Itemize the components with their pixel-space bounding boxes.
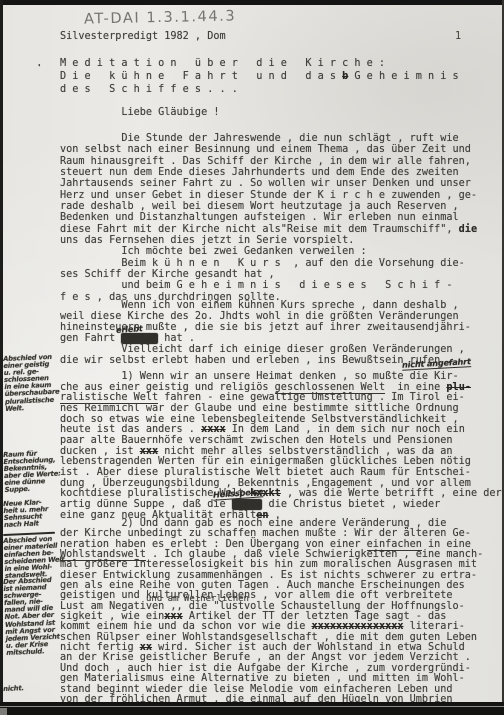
typed-line: Die Stunde der Jahreswende , die nun sch… (60, 133, 477, 144)
margin-note: Der Abschiedist niemandschwerge-fallen, … (3, 577, 63, 657)
typed-line: weil diese Kirche des 2o. Jhdts wohl in … (60, 311, 471, 322)
typed-insert: und am Weinerlichen (146, 594, 249, 604)
overtyped-text: xxxxxxxxxxxxxxx (311, 621, 403, 632)
scan-edge-top (0, 0, 504, 5)
typed-line: M e d i t a t i o n ü b e r d i e K i r … (60, 57, 459, 70)
overtyped-text: plu- (446, 382, 471, 393)
document-scan: AT-DAI 1.3.1.44.3 Silvesterpredigt 1982 … (0, 0, 504, 715)
typed-line: Beim k ü h n e n K u r s , auf den die V… (60, 258, 477, 269)
handwritten-insert: ' (38, 62, 40, 72)
typed-line: Vielleicht darf ich einige dieser großen… (60, 344, 471, 355)
typed-line: Jahrtausends seiner Fahrt zu . So wollen… (60, 178, 477, 189)
pen-strikeout: Werte (232, 499, 263, 510)
margin-note: Abschied voneiner materielleinfachen be-… (3, 531, 62, 581)
typed-paragraph-3: 1) Wenn wir an unsere Heimat denken , so… (60, 372, 504, 521)
typed-title: M e d i t a t i o n ü b e r d i e K i r … (60, 57, 459, 96)
archival-reference-handwriting: AT-DAI 1.3.1.44.3 (84, 8, 237, 27)
scan-edge-left (0, 0, 3, 715)
typed-line: Liebe Gläubige ! (60, 107, 219, 118)
scan-edge-corner (0, 708, 7, 715)
document-header: Silvesterpredigt 1982 , Dom (60, 31, 226, 42)
handwritten-insert: erlebt (116, 323, 143, 335)
typed-line: und beim G e h e i m n i s d i e s e s S… (60, 280, 477, 291)
overtyped-text: xxx (140, 446, 158, 457)
typed-line: Bedenken und Distanzhaltungen aufsteigen… (60, 212, 477, 223)
typed-line: steuert nun dem Ende dieses Jahrhunderts… (60, 167, 477, 178)
overtyped-text: die (459, 224, 477, 235)
margin-note: Neue Klar-heit u. mehrSehnsuchtnach Halt (3, 499, 61, 530)
typed-line: Ich möchte bei zwei Gedanken verweilen : (60, 246, 477, 257)
typed-salutation: Liebe Gläubige ! (60, 107, 219, 118)
typed-line: von selbst nach einer Besinnung und eine… (60, 144, 477, 155)
scan-edge-bottom (0, 702, 504, 715)
typed-line: gen Fahrt dahier hat . (60, 333, 471, 344)
typed-paragraph-4: 2) Und dann gab es noch eine andere Verä… (60, 519, 483, 705)
page-number: 1 (455, 31, 461, 42)
typed-line: Raum hinausgreift . Das Schiff der Kirch… (60, 156, 477, 167)
margin-note: Raum fürEntscheidung,Bekenntnis,aber die… (3, 450, 62, 495)
typed-line: diese Fahrt mit der Kirche nicht als"Rei… (60, 224, 477, 235)
typed-paragraph-1: Die Stunde der Jahreswende , die nun sch… (60, 133, 477, 303)
margin-note: Abschied voneiner geistigu. rel. ge-schl… (3, 354, 62, 413)
scan-edge-bottom-line (0, 706, 504, 707)
typed-line: Herz und unser Gebet in dieser Stunde de… (60, 190, 477, 201)
typed-line: rade deshalb , weil bei diesem Wort heut… (60, 201, 477, 212)
typed-line: d e s S c h i f f e s . . . (60, 83, 459, 96)
pen-strikeout: dahier (121, 333, 158, 344)
typed-line: D i e k ü h n e F a h r t u n d d a s b … (60, 70, 459, 83)
typed-line: Wenn ich von einem kühnen Kurs spreche ,… (60, 300, 471, 311)
typed-line: uns das Fernsehen dies jetzt in Serie vo… (60, 235, 477, 246)
overtyped-text: xxxx (201, 424, 226, 435)
typed-line: ses Schiff der Kirche gesandt hat , (60, 269, 477, 280)
